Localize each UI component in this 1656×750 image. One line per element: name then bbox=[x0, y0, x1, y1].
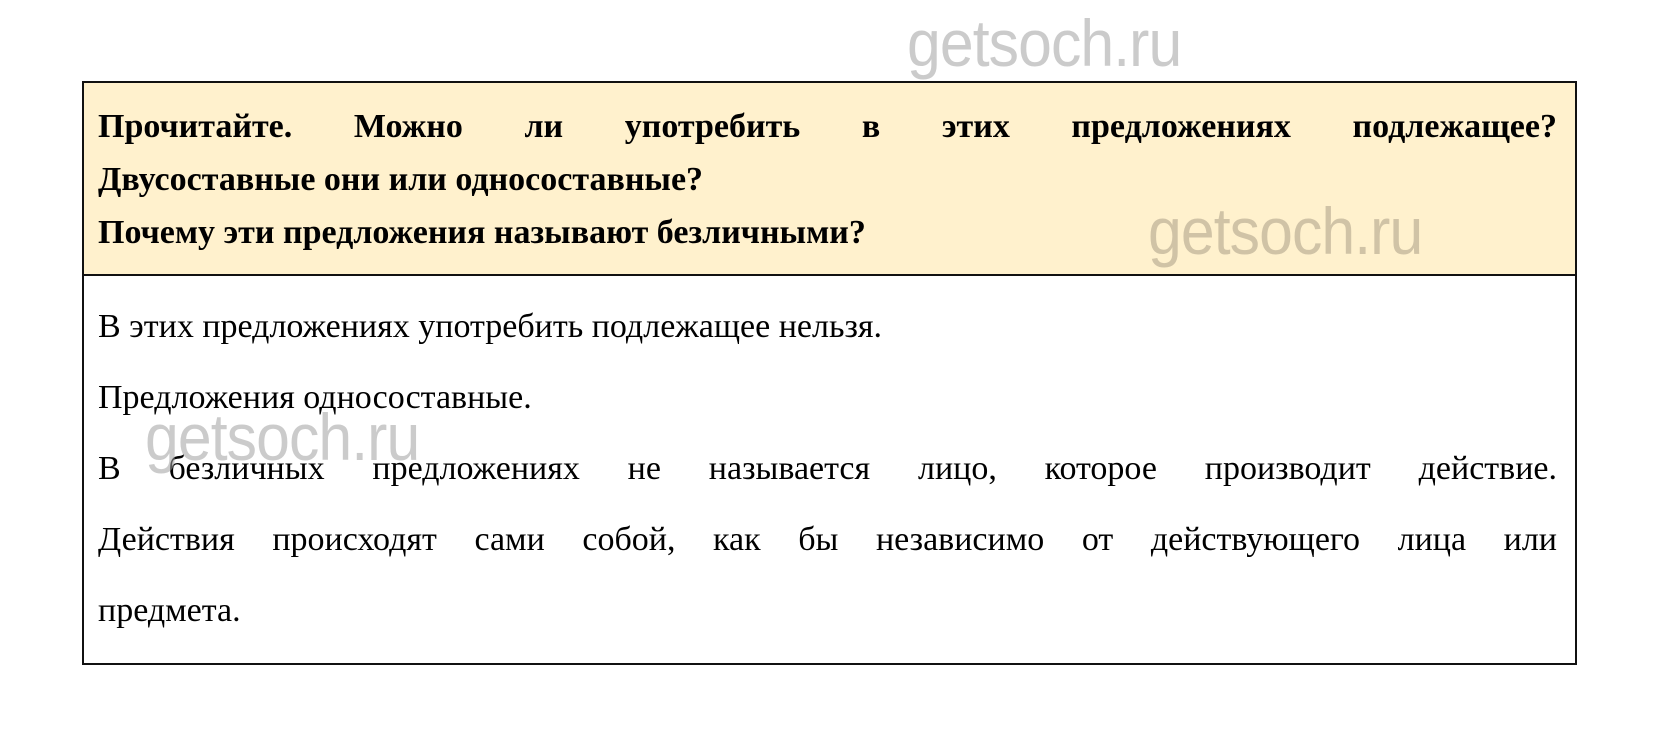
answer-paragraph-3-line-1: В безличных предложениях не называется л… bbox=[98, 433, 1557, 504]
answer-paragraph-3-line-3: предмета. bbox=[98, 575, 1557, 646]
task-question-line-1: Прочитайте. Можно ли употребить в этих п… bbox=[98, 100, 1557, 153]
answer-paragraph-2: Предложения односоставные. bbox=[98, 362, 1557, 433]
answer-paragraph-3-line-2: Действия происходят сами собой, как бы н… bbox=[98, 504, 1557, 575]
answer-paragraph-1: В этих предложениях употребить подлежаще… bbox=[98, 291, 1557, 362]
exercise-box: Прочитайте. Можно ли употребить в этих п… bbox=[82, 81, 1577, 665]
answer-section: В этих предложениях употребить подлежаще… bbox=[84, 276, 1575, 646]
task-header: Прочитайте. Можно ли употребить в этих п… bbox=[84, 83, 1575, 276]
task-question-line-2: Двусоставные они или односоставные? bbox=[98, 153, 1557, 206]
task-question-line-3: Почему эти предложения называют безличны… bbox=[98, 206, 1557, 259]
watermark-top: getsoch.ru bbox=[907, 10, 1181, 76]
